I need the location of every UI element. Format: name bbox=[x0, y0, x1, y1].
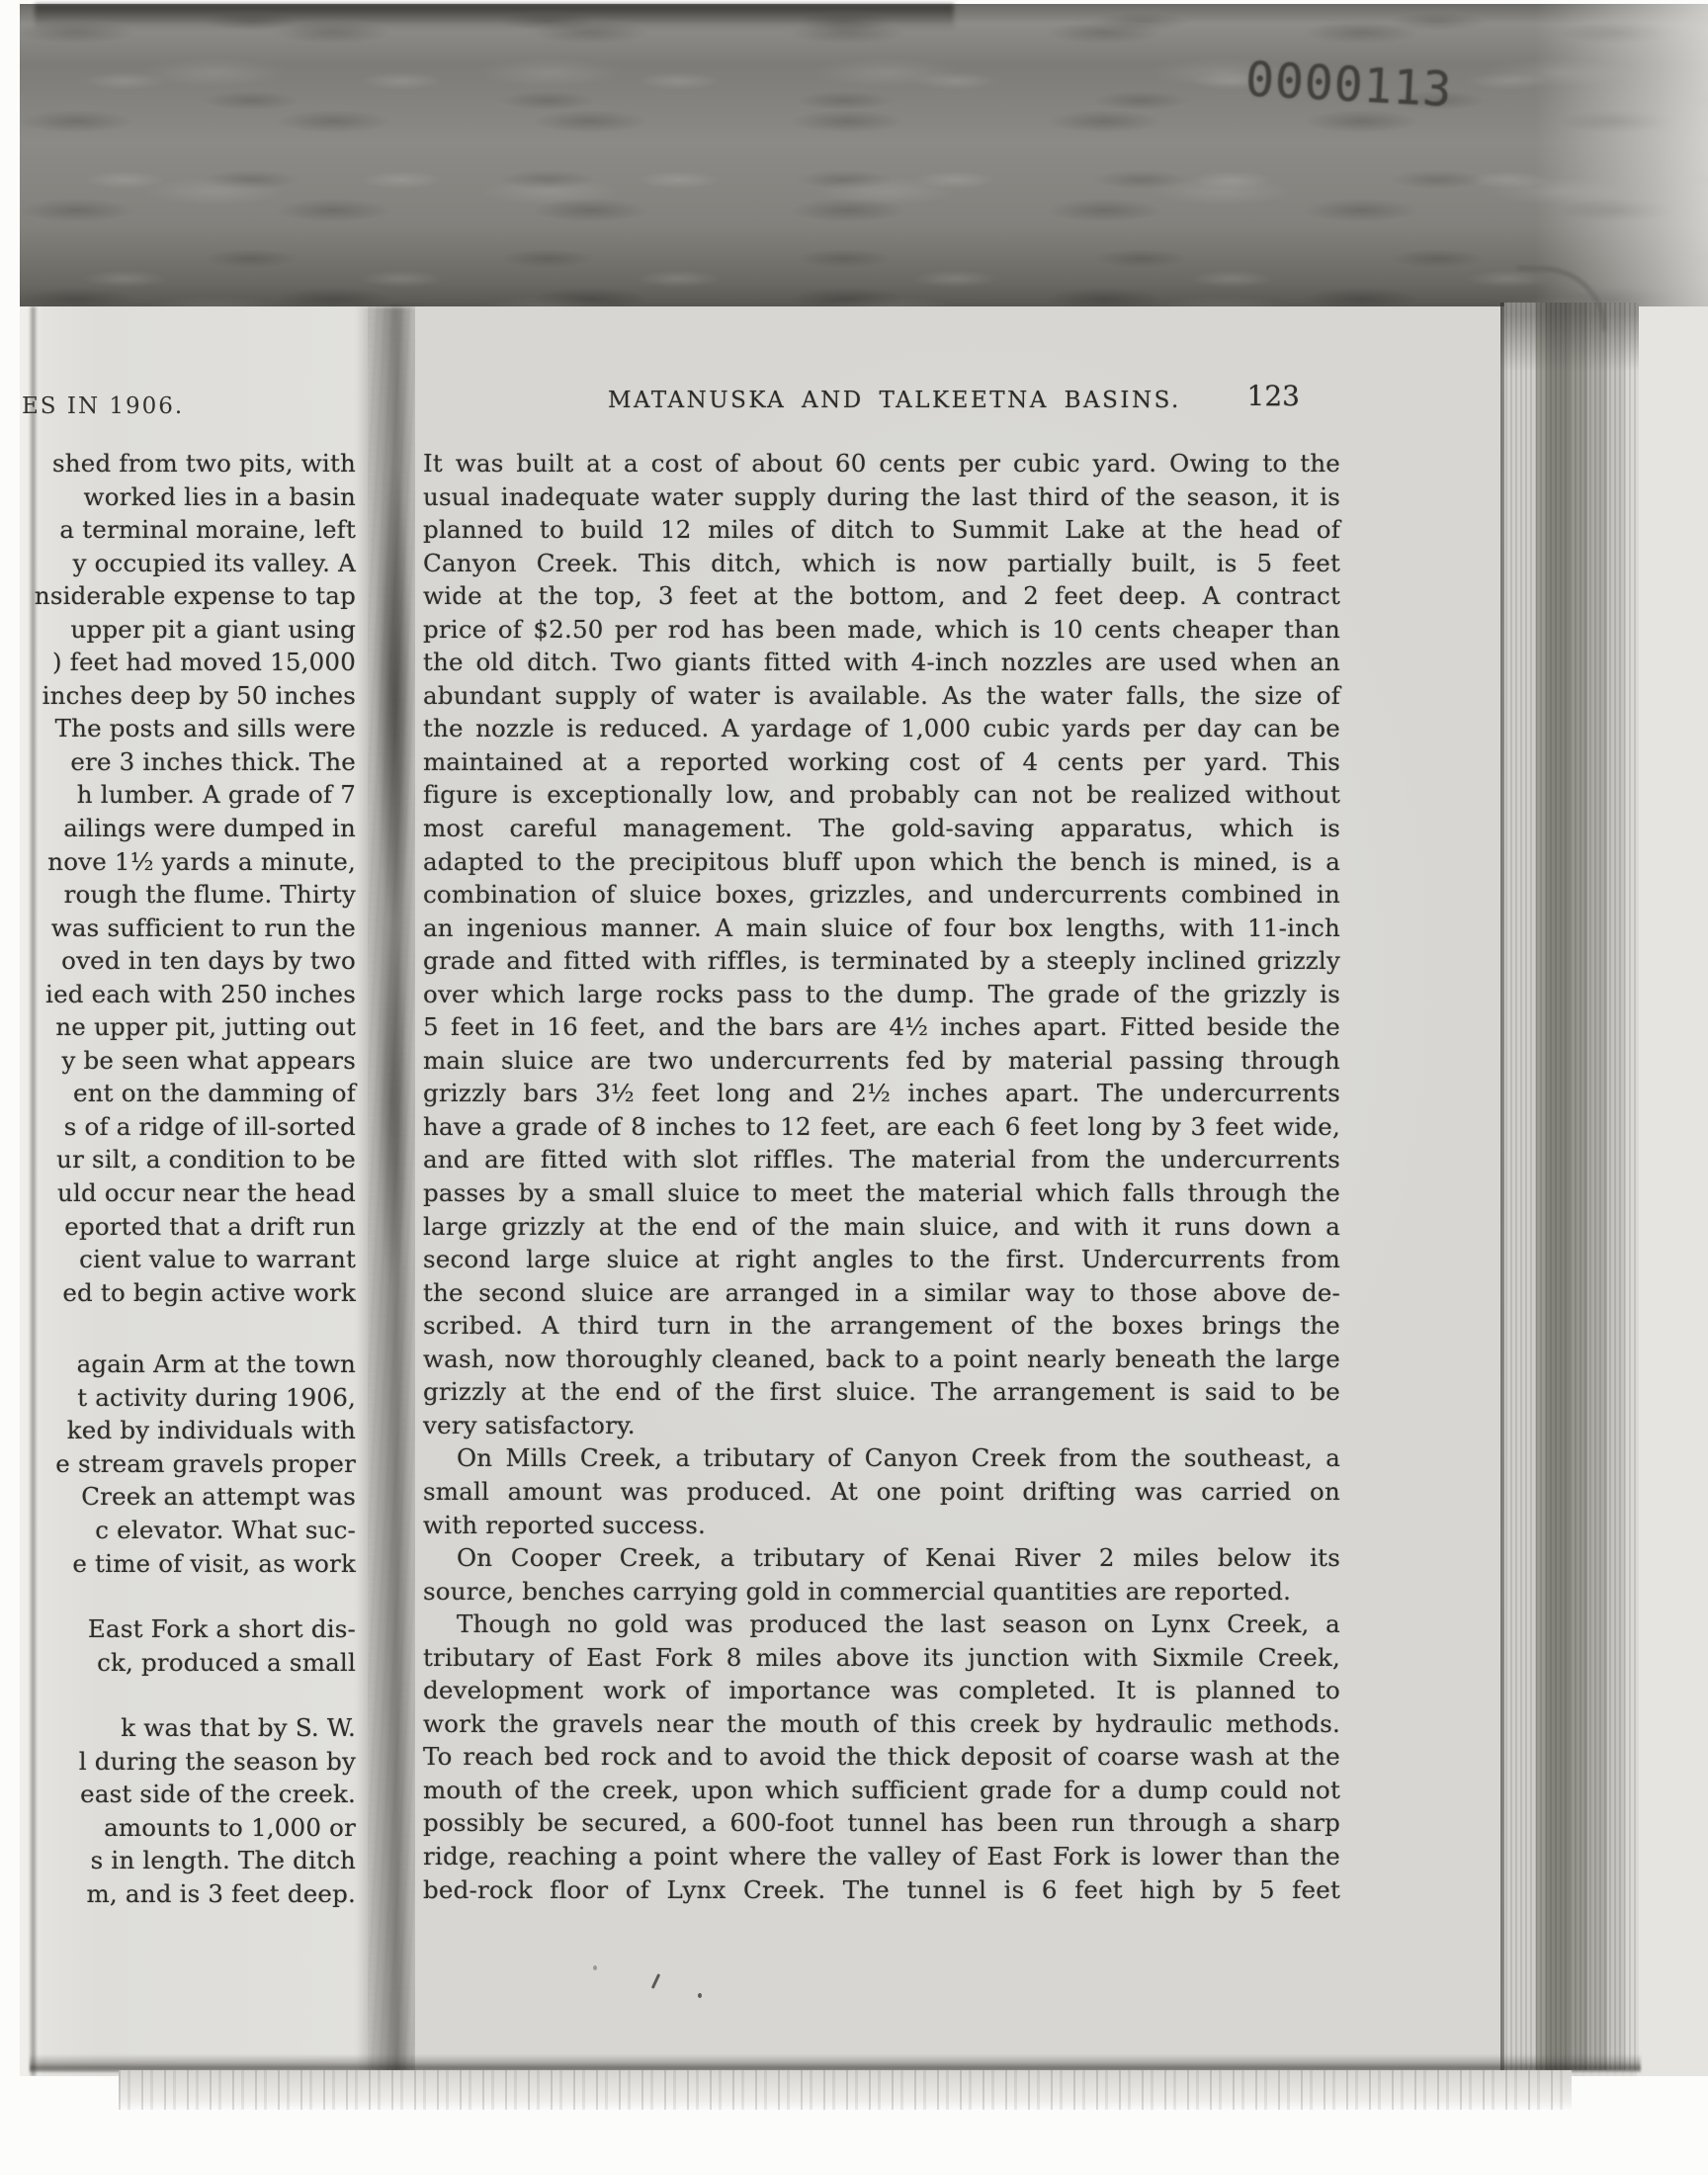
text-line: East Fork a short dis- bbox=[20, 1612, 362, 1646]
stray-dot-mark bbox=[593, 1965, 597, 1970]
text-line: adapted to the precipitous bluff upon wh… bbox=[423, 845, 1340, 879]
text-line: price of $2.50 per rod has been made, wh… bbox=[423, 613, 1340, 647]
text-line: nove 1½ yards a minute, bbox=[20, 845, 362, 879]
text-line: eported that a drift run bbox=[20, 1210, 362, 1244]
scan-right-margin bbox=[1637, 306, 1708, 2076]
text-line: Though no gold was produced the last sea… bbox=[423, 1608, 1340, 1641]
text-line: ked by individuals with bbox=[20, 1414, 362, 1447]
text-line: ridge, reaching a point where the valley… bbox=[423, 1840, 1340, 1873]
text-line: small amount was produced. At one point … bbox=[423, 1475, 1340, 1509]
text-line: tributary of East Fork 8 miles above its… bbox=[423, 1641, 1340, 1675]
text-line: was sufficient to run the bbox=[20, 912, 362, 945]
text-line: bed-rock floor of Lynx Creek. The tunnel… bbox=[423, 1873, 1340, 1907]
text-line: source, benches carrying gold in commerc… bbox=[423, 1575, 1340, 1609]
text-line: second large sluice at right angles to t… bbox=[423, 1243, 1340, 1276]
left-page-partial: ES IN 1906. shed from two pits, withwork… bbox=[20, 306, 368, 2076]
text-line: maintained at a reported working cost of… bbox=[423, 745, 1340, 779]
text-line: ere 3 inches thick. The bbox=[20, 745, 362, 779]
text-line: ck, produced a small bbox=[20, 1646, 362, 1680]
text-line: grade and fitted with riffles, is termin… bbox=[423, 944, 1340, 978]
text-line: nsiderable expense to tap bbox=[20, 579, 362, 613]
stray-dot-mark bbox=[698, 1993, 702, 1998]
cover-right-fade bbox=[1535, 4, 1708, 308]
text-line: s in length. The ditch bbox=[20, 1844, 362, 1877]
document-number-stamp: 0000113 bbox=[1244, 54, 1454, 117]
text-line: the nozzle is reduced. A yardage of 1,00… bbox=[423, 712, 1340, 745]
text-line: To reach bed rock and to avoid the thick… bbox=[423, 1740, 1340, 1774]
text-line: ied each with 250 inches bbox=[20, 978, 362, 1011]
text-line: e stream gravels proper bbox=[20, 1447, 362, 1481]
text-line: east side of the creek. bbox=[20, 1778, 362, 1811]
left-running-head-fragment: ES IN 1906. bbox=[22, 393, 184, 419]
text-line: and are fitted with slot riffles. The ma… bbox=[423, 1143, 1340, 1176]
text-line: have a grade of 8 inches to 12 feet, are… bbox=[423, 1110, 1340, 1144]
page-edge-streaks bbox=[1500, 303, 1639, 2070]
left-paragraph: again Arm at the townt activity during 1… bbox=[20, 1348, 362, 1580]
text-line: 5 feet in 16 feet, and the bars are 4½ i… bbox=[423, 1010, 1340, 1044]
text-line: over which large rocks pass to the dump.… bbox=[423, 978, 1340, 1011]
text-line: ne upper pit, jutting out bbox=[20, 1010, 362, 1044]
left-paragraph: shed from two pits, withworked lies in a… bbox=[20, 447, 362, 1309]
text-line: m, and is 3 feet deep. bbox=[20, 1877, 362, 1911]
text-line: e time of visit, as work bbox=[20, 1547, 362, 1581]
text-line: Canyon Creek. This ditch, which is now p… bbox=[423, 547, 1340, 580]
text-line: shed from two pits, with bbox=[20, 447, 362, 480]
text-line: h lumber. A grade of 7 bbox=[20, 778, 362, 812]
text-line: most careful management. The gold-saving… bbox=[423, 812, 1340, 845]
text-line: ailings were dumped in bbox=[20, 812, 362, 845]
text-line: the second sluice are arranged in a simi… bbox=[423, 1276, 1340, 1310]
bottom-scan-streaks bbox=[119, 2070, 1572, 2110]
text-line: combination of sluice boxes, grizzles, a… bbox=[423, 878, 1340, 912]
text-line: y be seen what appears bbox=[20, 1044, 362, 1078]
text-line: inches deep by 50 inches bbox=[20, 679, 362, 713]
cover-dark-streak bbox=[35, 4, 954, 30]
left-paragraph: k was that by S. W.l during the season b… bbox=[20, 1711, 362, 1910]
text-line: ur silt, a condition to be bbox=[20, 1143, 362, 1176]
text-line: work the gravels near the mouth of this … bbox=[423, 1707, 1340, 1741]
text-line: wash, now thoroughly cleaned, back to a … bbox=[423, 1343, 1340, 1376]
text-line: very satisfactory. bbox=[423, 1409, 1340, 1442]
text-line: grizzly bars 3½ feet long and 2½ inches … bbox=[423, 1077, 1340, 1110]
right-page: MATANUSKA AND TALKEETNA BASINS. 123 It w… bbox=[415, 306, 1502, 2076]
text-line: Creek an attempt was bbox=[20, 1480, 362, 1514]
text-line: t activity during 1906, bbox=[20, 1381, 362, 1415]
text-line: oved in ten days by two bbox=[20, 944, 362, 978]
main-text-block: It was built at a cost of about 60 cents… bbox=[423, 447, 1340, 1906]
text-line: The posts and sills were bbox=[20, 712, 362, 745]
text-line: rough the flume. Thirty bbox=[20, 878, 362, 912]
text-line: large grizzly at the end of the main slu… bbox=[423, 1210, 1340, 1244]
text-line: cient value to warrant bbox=[20, 1243, 362, 1276]
book-cover-band bbox=[20, 4, 1708, 308]
text-line: an ingenious manner. A main sluice of fo… bbox=[423, 912, 1340, 945]
left-paragraph: East Fork a short dis-ck, produced a sma… bbox=[20, 1612, 362, 1679]
text-line: s of a ridge of ill-sorted bbox=[20, 1110, 362, 1144]
text-line: ) feet had moved 15,000 bbox=[20, 646, 362, 679]
text-line: ed to begin active work bbox=[20, 1276, 362, 1310]
text-line: y occupied its valley. A bbox=[20, 547, 362, 580]
text-line: passes by a small sluice to meet the mat… bbox=[423, 1176, 1340, 1210]
text-line: again Arm at the town bbox=[20, 1348, 362, 1381]
text-line: amounts to 1,000 or bbox=[20, 1811, 362, 1845]
text-line: possibly be secured, a 600-foot tunnel h… bbox=[423, 1806, 1340, 1840]
page-number: 123 bbox=[1247, 380, 1300, 412]
text-line: figure is exceptionally low, and probabl… bbox=[423, 778, 1340, 812]
text-line: usual inadequate water supply during the… bbox=[423, 480, 1340, 514]
text-line: scribed. A third turn in the arrangement… bbox=[423, 1309, 1340, 1343]
text-line: mouth of the creek, upon which sufficien… bbox=[423, 1774, 1340, 1807]
text-line: planned to build 12 miles of ditch to Su… bbox=[423, 513, 1340, 547]
text-line: k was that by S. W. bbox=[20, 1711, 362, 1745]
running-head: MATANUSKA AND TALKEETNA BASINS. bbox=[608, 388, 1161, 413]
text-line: the old ditch. Two giants fitted with 4-… bbox=[423, 646, 1340, 679]
left-column-text: shed from two pits, withworked lies in a… bbox=[20, 447, 362, 1910]
text-line: It was built at a cost of about 60 cents… bbox=[423, 447, 1340, 480]
text-line: ent on the damming of bbox=[20, 1077, 362, 1110]
text-line: with reported success. bbox=[423, 1509, 1340, 1542]
text-line: abundant supply of water is available. A… bbox=[423, 679, 1340, 713]
text-line: grizzly at the end of the first sluice. … bbox=[423, 1375, 1340, 1409]
text-line: On Cooper Creek, a tributary of Kenai Ri… bbox=[423, 1541, 1340, 1575]
text-line: main sluice are two undercurrents fed by… bbox=[423, 1044, 1340, 1078]
text-line: upper pit a giant using bbox=[20, 613, 362, 647]
text-line: c elevator. What suc- bbox=[20, 1514, 362, 1547]
text-line: uld occur near the head bbox=[20, 1176, 362, 1210]
text-line: l during the season by bbox=[20, 1745, 362, 1779]
text-line: wide at the top, 3 feet at the bottom, a… bbox=[423, 579, 1340, 613]
text-line: worked lies in a basin bbox=[20, 480, 362, 514]
text-line: a terminal moraine, left bbox=[20, 513, 362, 547]
scanned-book-page: 0000113 ES IN 1906. shed from two pits, … bbox=[0, 0, 1708, 2175]
text-line: development work of importance was compl… bbox=[423, 1674, 1340, 1707]
text-line: On Mills Creek, a tributary of Canyon Cr… bbox=[423, 1441, 1340, 1475]
